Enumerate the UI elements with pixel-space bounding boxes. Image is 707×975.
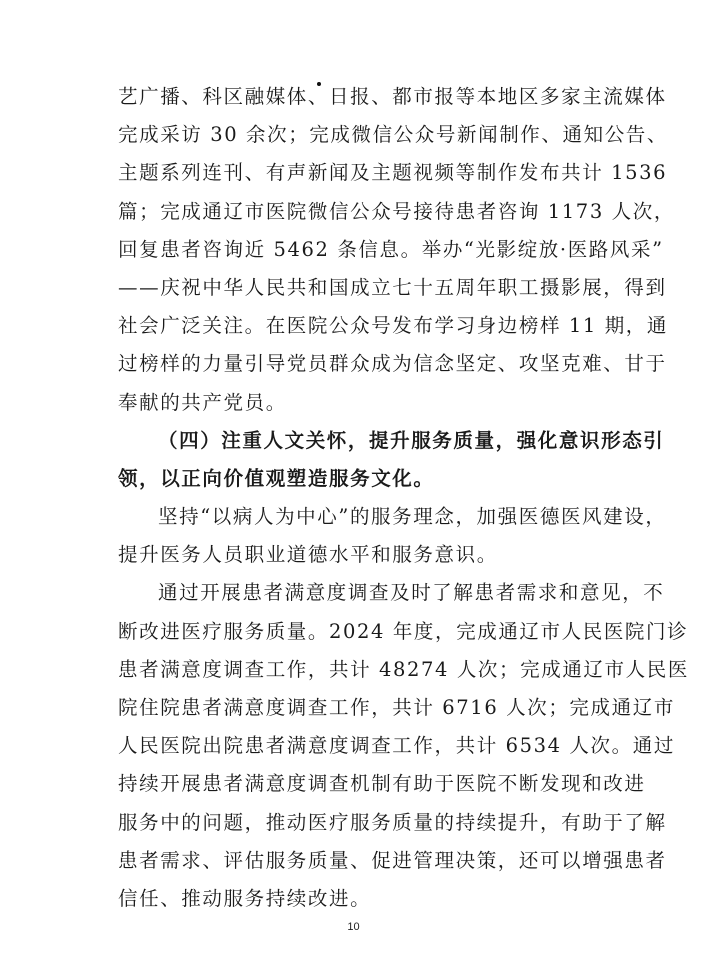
paragraph-line: 回复患者咨询近 5462 条信息。举办“光影绽放·医路风采”: [118, 231, 598, 269]
paragraph-line: 持续开展患者满意度调查机制有助于医院不断发现和改进: [118, 765, 598, 803]
paragraph-line: 患者满意度调查工作，共计 48274 人次；完成通辽市人民医: [118, 651, 598, 689]
paragraph-line: 人民医院出院患者满意度调查工作，共计 6534 人次。通过: [118, 727, 598, 765]
paragraph-line: 篇；完成通辽市医院微信公众号接待患者咨询 1173 人次，: [118, 193, 598, 231]
paragraph-line: 主题系列连刊、有声新闻及主题视频等制作发布共计 1536: [118, 154, 598, 192]
paragraph-line: 坚持“以病人为中心”的服务理念，加强医德医风建设，: [118, 498, 598, 536]
paragraph-line: 过榜样的力量引导党员群众成为信念坚定、攻坚克难、甘于: [118, 345, 598, 383]
paragraph-line: 院住院患者满意度调查工作，共计 6716 人次；完成通辽市: [118, 689, 598, 727]
paragraph-line: 通过开展患者满意度调查及时了解患者需求和意见，不: [118, 574, 598, 612]
paragraph-line: 服务中的问题，推动医疗服务质量的持续提升，有助于了解: [118, 804, 598, 842]
body-text: 艺广播、科区融媒体、日报、都市报等本地区多家主流媒体完成采访 30 余次；完成微…: [118, 78, 598, 918]
paragraph-line: 完成采访 30 余次；完成微信公众号新闻制作、通知公告、: [118, 116, 598, 154]
paragraph-line: ——庆祝中华人民共和国成立七十五周年职工摄影展，得到: [118, 269, 598, 307]
paragraph-line: 奉献的共产党员。: [118, 384, 598, 422]
section-heading-line: 领，以正向价值观塑造服务文化。: [118, 460, 598, 498]
paragraph-line: 社会广泛关注。在医院公众号发布学习身边榜样 11 期，通: [118, 307, 598, 345]
paragraph-line: 信任、推动服务持续改进。: [118, 880, 598, 918]
paragraph-line: 患者需求、评估服务质量、促进管理决策，还可以增强患者: [118, 842, 598, 880]
paragraph-line: 断改进医疗服务质量。2024 年度，完成通辽市人民医院门诊: [118, 613, 598, 651]
document-page: 艺广播、科区融媒体、日报、都市报等本地区多家主流媒体完成采访 30 余次；完成微…: [0, 0, 707, 975]
paragraph-line: 提升医务人员职业道德水平和服务意识。: [118, 536, 598, 574]
section-heading-line: （四）注重人文关怀，提升服务质量，强化意识形态引: [118, 422, 598, 460]
paragraph-line: 艺广播、科区融媒体、日报、都市报等本地区多家主流媒体: [118, 78, 598, 116]
page-number: 10: [0, 921, 707, 933]
